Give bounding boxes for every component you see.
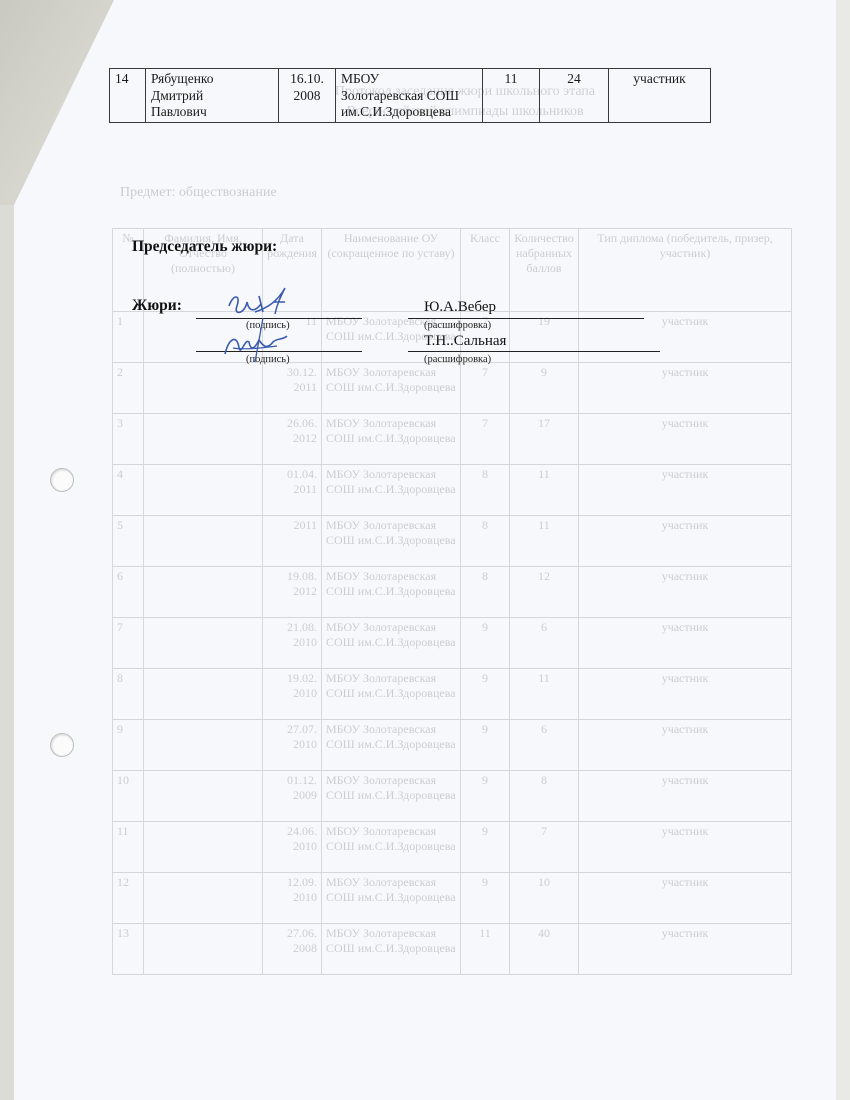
paper-sheet xyxy=(14,0,836,1100)
cell-score: 24 xyxy=(540,69,609,123)
ghost-subject: Предмет: обществознание xyxy=(120,185,277,201)
cell-class: 11 xyxy=(483,69,540,123)
cell-status: участник xyxy=(609,69,711,123)
cell-school: МБОУ Золотаревская СОШ им.С.И.Здоровцева xyxy=(336,69,483,123)
jury-label: Жюри: xyxy=(132,297,182,315)
punch-hole-icon xyxy=(50,733,74,757)
school-line: МБОУ xyxy=(341,71,477,88)
cell-birth-date: 16.10. 2008 xyxy=(279,69,336,123)
name-line: Дмитрий xyxy=(151,88,273,105)
name-caption: (расшифровка) xyxy=(424,354,491,365)
name-line xyxy=(408,351,660,352)
jury-member-name: Ю.А.Вебер xyxy=(424,299,496,316)
punch-hole-icon xyxy=(50,468,74,492)
name-line: Павлович xyxy=(151,104,273,121)
cell-number: 14 xyxy=(110,69,146,123)
school-line: Золотаревская СОШ xyxy=(341,88,477,105)
school-line: им.С.И.Здоровцева xyxy=(341,104,477,121)
chair-label: Председатель жюри: xyxy=(132,238,277,256)
date-line: 16.10. xyxy=(284,71,330,88)
name-line: Рябущенко xyxy=(151,71,273,88)
cell-name: Рябущенко Дмитрий Павлович xyxy=(146,69,279,123)
paper-edge xyxy=(836,0,850,1100)
jury-member-name: Т.Н..Сальная xyxy=(424,333,506,350)
table-row: 14 Рябущенко Дмитрий Павлович 16.10. 200… xyxy=(110,69,711,123)
name-line xyxy=(408,318,644,319)
participants-table: 14 Рябущенко Дмитрий Павлович 16.10. 200… xyxy=(109,68,711,123)
name-caption: (расшифровка) xyxy=(424,320,491,331)
date-line: 2008 xyxy=(284,88,330,105)
handwritten-signature-icon xyxy=(215,328,305,368)
